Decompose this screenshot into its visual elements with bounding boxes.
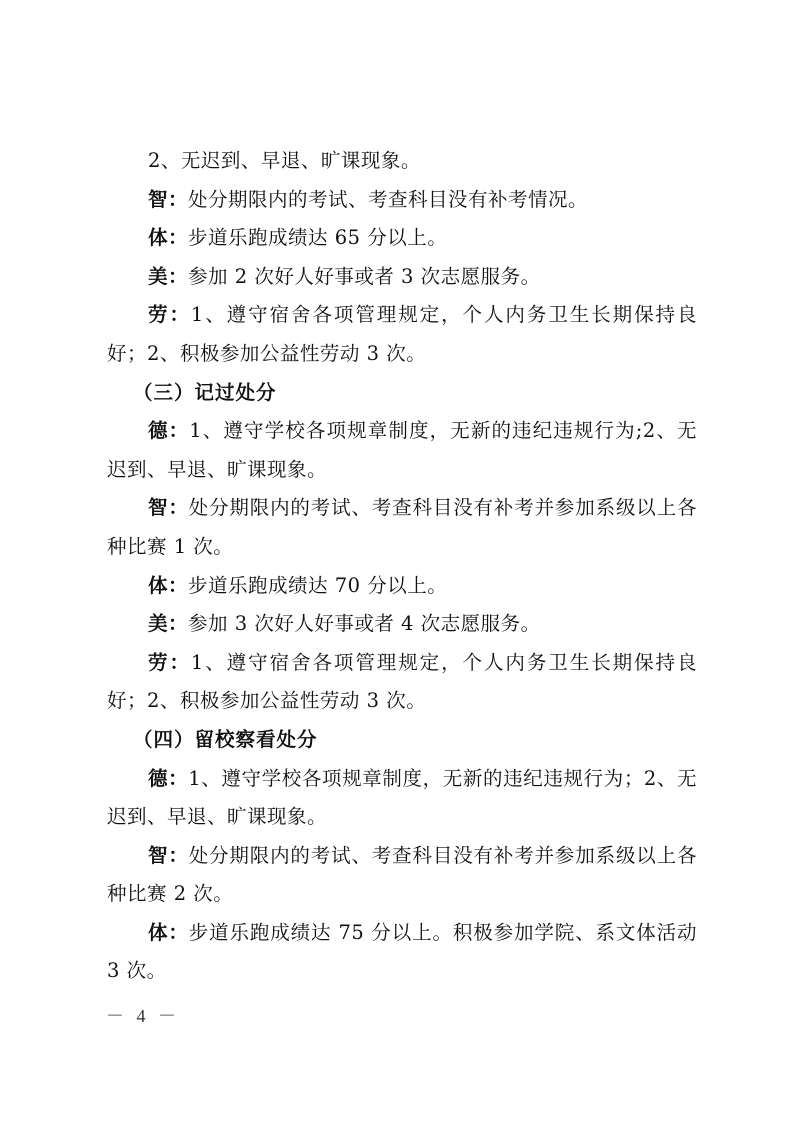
- paragraph-physical: 体：步道乐跑成绩达 75 分以上。积极参加学院、系文体活动 3 次。: [107, 914, 697, 991]
- paragraph-attendance: 2、无迟到、早退、旷课现象。: [107, 142, 697, 181]
- paragraph-lead: 体：: [148, 921, 189, 944]
- paragraph-aesthetic: 美：参加 2 次好人好事或者 3 次志愿服务。: [107, 258, 697, 297]
- paragraph-morality: 德：1、遵守学校各项规章制度，无新的违纪违规行为;2、无迟到、早退、旷课现象。: [107, 412, 697, 489]
- paragraph-labor: 劳：1、遵守宿舍各项管理规定，个人内务卫生长期保持良好；2、积极参加公益性劳动 …: [107, 296, 697, 373]
- paragraph-intellect: 智：处分期限内的考试、考查科目没有补考并参加系级以上各种比赛 1 次。: [107, 489, 697, 566]
- paragraph-text: 参加 2 次好人好事或者 3 次志愿服务。: [188, 265, 541, 288]
- paragraph-text: 1、遵守学校各项规章制度，无新的违纪违规行为；2、无迟到、早退、旷课现象。: [107, 767, 697, 829]
- paragraph-text: 1、遵守学校各项规章制度，无新的违纪违规行为;2、无迟到、早退、旷课现象。: [107, 419, 697, 481]
- paragraph-text: 步道乐跑成绩达 65 分以上。: [188, 226, 447, 249]
- paragraph-aesthetic: 美：参加 3 次好人好事或者 4 次志愿服务。: [107, 605, 697, 644]
- paragraph-lead: 体：: [148, 226, 188, 249]
- paragraph-lead: 劳：: [148, 651, 191, 674]
- paragraph-lead: 智：: [148, 844, 189, 867]
- paragraph-text: 1、遵守宿舍各项管理规定，个人内务卫生长期保持良好；2、积极参加公益性劳动 3 …: [107, 651, 697, 713]
- paragraph-intellect: 智：处分期限内的考试、考查科目没有补考并参加系级以上各种比赛 2 次。: [107, 837, 697, 914]
- paragraph-intellect: 智：处分期限内的考试、考查科目没有补考情况。: [107, 181, 697, 220]
- section-heading-probation: （四）留校察看处分: [107, 721, 697, 760]
- paragraph-physical: 体：步道乐跑成绩达 70 分以上。: [107, 567, 697, 606]
- paragraph-text: 步道乐跑成绩达 75 分以上。积极参加学院、系文体活动 3 次。: [107, 921, 697, 983]
- paragraph-text: 处分期限内的考试、考查科目没有补考并参加系级以上各种比赛 2 次。: [107, 844, 697, 906]
- section-heading-demerit: （三）记过处分: [107, 374, 697, 413]
- paragraph-lead: 德：: [148, 767, 188, 790]
- paragraph-physical: 体：步道乐跑成绩达 65 分以上。: [107, 219, 697, 258]
- paragraph-text: 步道乐跑成绩达 70 分以上。: [188, 574, 447, 597]
- paragraph-labor: 劳：1、遵守宿舍各项管理规定，个人内务卫生长期保持良好；2、积极参加公益性劳动 …: [107, 644, 697, 721]
- document-page: 2、无迟到、早退、旷课现象。 智：处分期限内的考试、考查科目没有补考情况。 体：…: [0, 0, 793, 1122]
- page-number: － 4 －: [106, 1002, 180, 1028]
- paragraph-text: 处分期限内的考试、考查科目没有补考并参加系级以上各种比赛 1 次。: [107, 496, 697, 558]
- paragraph-lead: 智：: [148, 496, 189, 519]
- paragraph-lead: 劳：: [148, 303, 191, 326]
- paragraph-text: 处分期限内的考试、考查科目没有补考情况。: [188, 188, 588, 211]
- document-body: 2、无迟到、早退、旷课现象。 智：处分期限内的考试、考查科目没有补考情况。 体：…: [107, 142, 697, 991]
- paragraph-lead: 美：: [148, 265, 188, 288]
- paragraph-morality: 德：1、遵守学校各项规章制度，无新的违纪违规行为；2、无迟到、早退、旷课现象。: [107, 760, 697, 837]
- paragraph-text: 参加 3 次好人好事或者 4 次志愿服务。: [188, 612, 541, 635]
- paragraph-text: 2、无迟到、早退、旷课现象。: [148, 149, 421, 172]
- paragraph-lead: 德：: [148, 419, 189, 442]
- paragraph-text: 1、遵守宿舍各项管理规定，个人内务卫生长期保持良好；2、积极参加公益性劳动 3 …: [107, 303, 697, 365]
- paragraph-lead: 体：: [148, 574, 188, 597]
- paragraph-lead: 智：: [148, 188, 188, 211]
- paragraph-lead: 美：: [148, 612, 188, 635]
